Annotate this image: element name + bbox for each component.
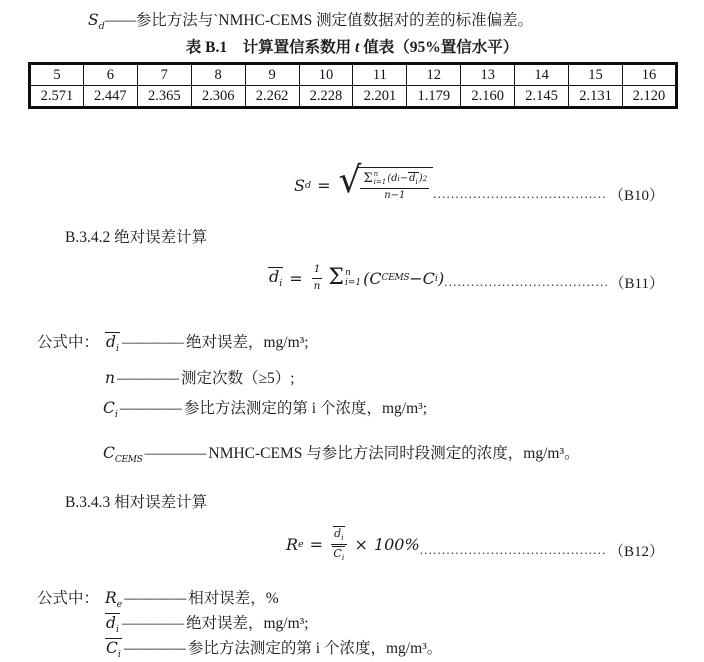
- definition-item: 公式中： Re ———— 相对误差，%: [37, 586, 279, 610]
- symbol-c-cems: CCEMS: [103, 444, 143, 465]
- document-page: Sd——参比方法与`NMHC-CEMS 测定值数据对的差的标准偏差。 表 B.1…: [0, 0, 704, 662]
- definition-item: n ———— 测定次数（≥5）;: [105, 366, 295, 390]
- symbol-sd: Sd: [88, 11, 105, 29]
- intro-line: Sd——参比方法与`NMHC-CEMS 测定值数据对的差的标准偏差。: [88, 8, 533, 32]
- symbol-n: n: [105, 369, 115, 390]
- table-values-row: 2.571 2.447 2.365 2.306 2.262 2.228 2.20…: [30, 86, 677, 108]
- table-header-row: 5 6 7 8 9 10 11 12 13 14 15 16: [30, 64, 677, 86]
- definition-dash: ————: [122, 615, 184, 633]
- dot-leader: ........................................…: [444, 274, 607, 296]
- table-header-cell: 13: [461, 64, 515, 86]
- formula-b11: di = 1n Σ ni=1 (CCEMS−Ci) ..............…: [268, 260, 664, 296]
- definition-dash: ————: [122, 334, 184, 352]
- table-header-cell: 11: [353, 64, 407, 86]
- dot-leader: ........................................…: [433, 186, 607, 208]
- c-bar: Ci: [332, 546, 345, 562]
- definition-item: CCEMS ———— NMHC-CEMS 与参比方法同时段测定的浓度，mg/m³…: [103, 441, 580, 465]
- equation-number-b12: （B12）: [609, 540, 664, 564]
- definition-dash: ————: [124, 590, 186, 608]
- one-over-n-fraction: 1n: [312, 263, 323, 292]
- definition-text: 参比方法测定的第 i 个浓度，mg/m³。: [188, 636, 442, 658]
- d-bar: di: [268, 267, 283, 289]
- formula-b10-lhs: Sd =: [294, 176, 336, 195]
- caption-text-pre: 表 B.1 计算置信系数用: [186, 39, 355, 56]
- symbol-c-bar-i: Ci: [105, 638, 122, 660]
- definition-text: 参比方法测定的第 i 个浓度，mg/m³;: [184, 396, 427, 418]
- table-value-cell: 2.306: [191, 86, 245, 108]
- b10-denominator: n−1: [384, 189, 405, 203]
- definition-text: 绝对误差，mg/m³;: [186, 611, 309, 633]
- section-heading-b343: B.3.4.3 相对误差计算: [65, 490, 207, 512]
- intro-dash: ——: [105, 12, 136, 29]
- table-header-cell: 12: [407, 64, 461, 86]
- definition-dash: ————: [145, 445, 207, 463]
- equals-sign: =: [317, 176, 330, 195]
- equals-sign: =: [289, 269, 302, 288]
- definition-text: NMHC-CEMS 与参比方法同时段测定的浓度，mg/m³。: [209, 441, 580, 463]
- table-value-cell: 2.131: [569, 86, 623, 108]
- table-value-cell: 2.145: [515, 86, 569, 108]
- percent-value: 100%: [374, 535, 420, 554]
- formula-b11-body: di = 1n Σ ni=1 (CCEMS−Ci): [268, 263, 444, 292]
- formula-b12-body: Re = di Ci × 100%: [286, 526, 420, 561]
- definition-dash: ————: [117, 370, 179, 388]
- radicand: Σ ni=1 (di−di)2 n−1: [357, 167, 433, 203]
- table-value-cell: 1.179: [407, 86, 461, 108]
- symbol-d-bar-i: di: [105, 613, 120, 635]
- sigma-symbol: Σ: [363, 171, 372, 187]
- definition-dash: ————: [124, 640, 186, 658]
- multiplication-sign: ×: [355, 535, 368, 554]
- table-value-cell: 2.201: [353, 86, 407, 108]
- table-header-cell: 10: [299, 64, 353, 86]
- table-value-cell: 2.365: [137, 86, 191, 108]
- table-header-cell: 9: [245, 64, 299, 86]
- definition-text: 相对误差，%: [188, 586, 278, 608]
- symbol-c-i: Ci: [103, 399, 118, 420]
- square-root: √ Σ ni=1 (di−di)2 n−1: [338, 167, 433, 203]
- table-value-cell: 2.228: [299, 86, 353, 108]
- d-bar: di: [333, 526, 344, 542]
- equals-sign: =: [310, 535, 323, 554]
- formula-b12: Re = di Ci × 100% ......................…: [286, 524, 664, 564]
- d-bar: di: [408, 172, 419, 186]
- dot-leader: ........................................…: [420, 542, 607, 564]
- definition-text: 测定次数（≥5）;: [181, 366, 295, 388]
- table-value-cell: 2.447: [83, 86, 137, 108]
- radical-sign: √: [338, 163, 361, 199]
- formula-b10: Sd = √ Σ ni=1 (di−di)2 n−1 .............…: [294, 162, 664, 208]
- definition-dash: ————: [120, 400, 182, 418]
- defs-label: 公式中：: [37, 330, 105, 352]
- t-value-table: 5 6 7 8 9 10 11 12 13 14 15 16 2.571 2.4…: [28, 62, 678, 109]
- section-heading-b342: B.3.4.2 绝对误差计算: [65, 225, 207, 247]
- caption-text-post: 值表（95%置信水平）: [359, 39, 518, 56]
- table-caption: 表 B.1 计算置信系数用 t 值表（95%置信水平）: [0, 35, 704, 57]
- equation-number-b10: （B10）: [609, 184, 664, 208]
- table-value-cell: 2.160: [461, 86, 515, 108]
- intro-text: 参比方法与`NMHC-CEMS 测定值数据对的差的标准偏差。: [136, 12, 533, 29]
- definition-item: Ci ———— 参比方法测定的第 i 个浓度，mg/m³。: [105, 636, 442, 660]
- b10-numerator: Σ ni=1 (di−di)2: [360, 171, 429, 189]
- table-header-cell: 14: [515, 64, 569, 86]
- table-header-cell: 15: [569, 64, 623, 86]
- table-header-cell: 16: [622, 64, 676, 86]
- symbol-d-bar-i: di: [105, 332, 120, 354]
- table-header-cell: 7: [137, 64, 191, 86]
- symbol-r-e: Re: [105, 589, 122, 610]
- definition-text: 绝对误差，mg/m³;: [186, 330, 309, 352]
- table-header-cell: 5: [30, 64, 84, 86]
- sigma-limits: ni=1: [345, 269, 361, 289]
- definition-item: di ———— 绝对误差，mg/m³;: [105, 611, 309, 635]
- table-header-cell: 8: [191, 64, 245, 86]
- equation-number-b11: （B11）: [610, 272, 664, 296]
- definition-item: 公式中： di ———— 绝对误差，mg/m³;: [37, 330, 309, 354]
- table-value-cell: 2.571: [30, 86, 84, 108]
- sigma-limits: ni=1: [374, 171, 387, 186]
- d-bar-over-c-bar-fraction: di Ci: [331, 526, 346, 561]
- table-header-cell: 6: [83, 64, 137, 86]
- sigma-symbol: Σ: [328, 267, 344, 289]
- defs-label: 公式中：: [37, 586, 105, 608]
- table-value-cell: 2.262: [245, 86, 299, 108]
- table-value-cell: 2.120: [622, 86, 676, 108]
- definition-item: Ci ———— 参比方法测定的第 i 个浓度，mg/m³;: [103, 396, 427, 420]
